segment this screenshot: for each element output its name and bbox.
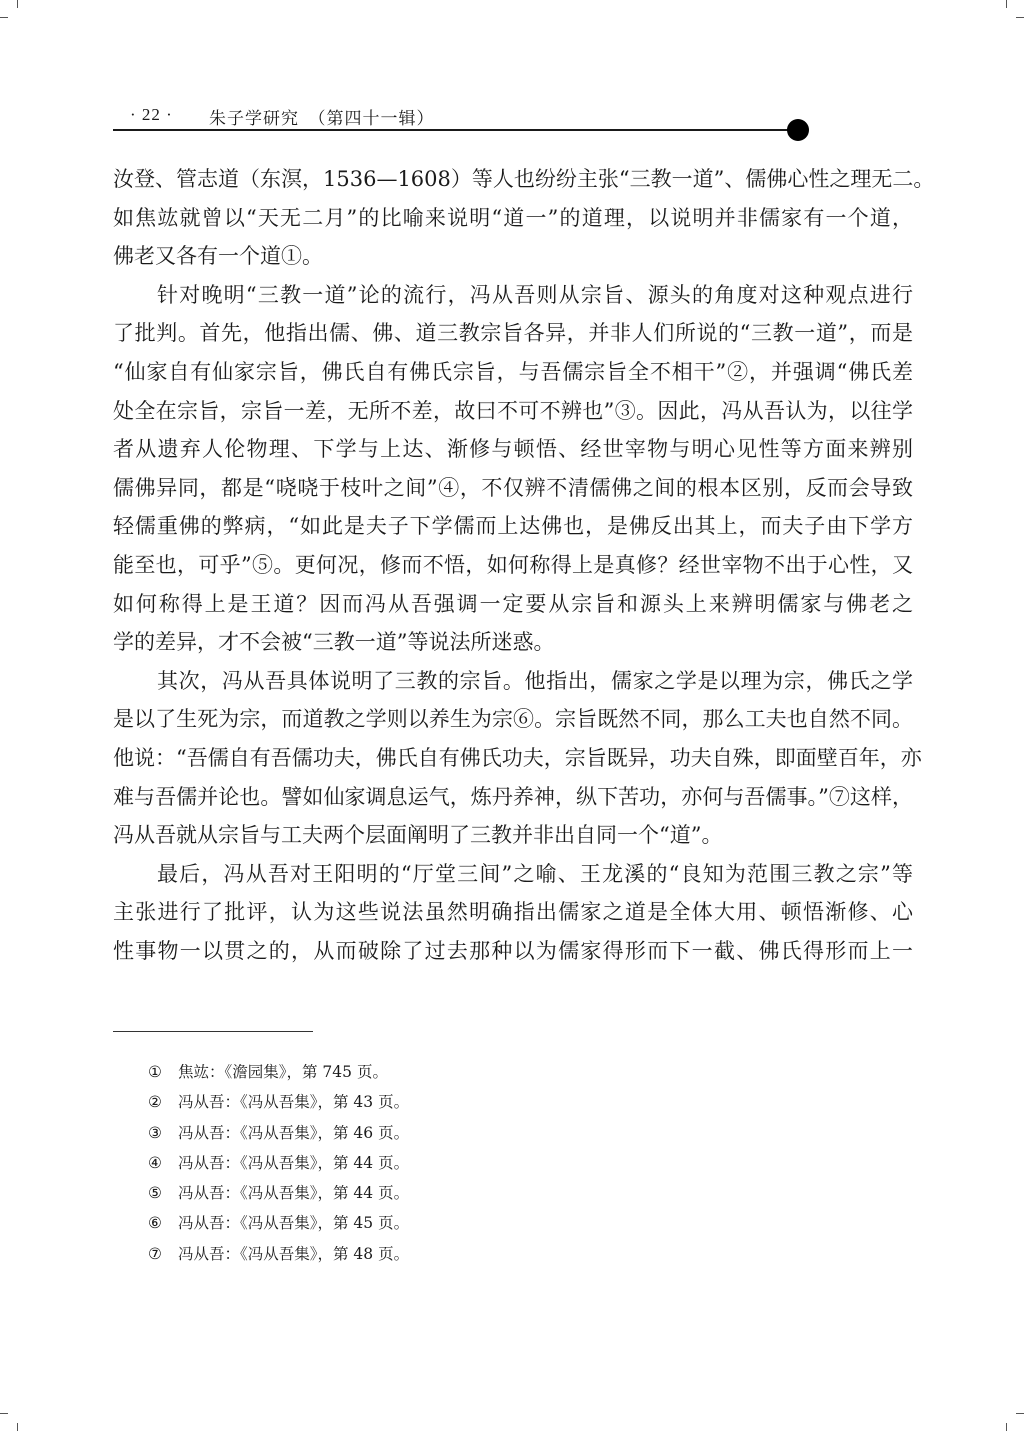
text-line: 学的差异，才不会被“三教一道”等说法所迷惑。	[113, 623, 913, 662]
text-line: 他说：“吾儒自有吾儒功夫，佛氏自有佛氏功夫，宗旨既异，功夫自殊，即面壁百年，亦	[113, 739, 913, 778]
text-line: 汝登、管志道（东溟，1536—1608）等人也纷纷主张“三教一道”、儒佛心性之理…	[113, 160, 913, 199]
crop-mark-bottom-left-v	[17, 1423, 18, 1431]
footnote-mark: ③	[148, 1118, 178, 1148]
header-dot-ornament	[787, 119, 809, 141]
text-line: 者从遗弃人伦物理、下学与上达、渐修与顿悟、经世宰物与明心见性等方面来辨别	[113, 430, 913, 469]
footnote-mark: ⑥	[148, 1208, 178, 1238]
text-line: 了批判。首先，他指出儒、佛、道三教宗旨各异，并非人们所说的“三教一道”，而是	[113, 314, 913, 353]
journal-title: 朱子学研究 （第四十一辑）	[209, 104, 435, 129]
footnote-text: 冯从吾：《冯从吾集》，第 45 页。	[178, 1214, 409, 1232]
crop-mark-top-left-h	[0, 17, 8, 18]
footnote-mark: ④	[148, 1148, 178, 1178]
crop-mark-bottom-right-h	[1016, 1413, 1024, 1414]
footnote-text: 冯从吾：《冯从吾集》，第 44 页。	[178, 1184, 409, 1202]
crop-mark-bottom-left-h	[0, 1413, 8, 1414]
footnote-text: 冯从吾：《冯从吾集》，第 43 页。	[178, 1093, 409, 1111]
text-line: 性事物一以贯之的，从而破除了过去那种以为儒家得形而下一截、佛氏得形而上一	[113, 932, 913, 971]
header-rule	[113, 129, 793, 131]
footnote-text: 冯从吾：《冯从吾集》，第 48 页。	[178, 1245, 409, 1263]
text-line: 是以了生死为宗，而道教之学则以养生为宗⑥。宗旨既然不同，那么工夫也自然不同。	[113, 700, 913, 739]
crop-mark-top-left-v	[17, 0, 18, 8]
page-number: · 22 ·	[130, 105, 173, 125]
footnote-separator	[113, 1031, 313, 1032]
text-line: 最后，冯从吾对王阳明的“厅堂三间”之喻、王龙溪的“良知为范围三教之宗”等	[113, 855, 913, 894]
footnote-mark: ⑤	[148, 1178, 178, 1208]
text-line: 主张进行了批评，认为这些说法虽然明确指出儒家之道是全体大用、顿悟渐修、心	[113, 893, 913, 932]
footnote-text: 冯从吾：《冯从吾集》，第 44 页。	[178, 1154, 409, 1172]
running-header: · 22 · 朱子学研究 （第四十一辑）	[113, 102, 813, 132]
footnote-text: 冯从吾：《冯从吾集》，第 46 页。	[178, 1124, 409, 1142]
text-line: 轻儒重佛的弊病，“如此是夫子下学儒而上达佛也，是佛反出其上，而夫子由下学方	[113, 507, 913, 546]
footnote: ①焦竑：《澹园集》，第 745 页。	[148, 1057, 409, 1087]
text-line: 能至也，可乎”⑤。更何况，修而不悟，如何称得上是真修？经世宰物不出于心性，又	[113, 546, 913, 585]
footnote-text: 焦竑：《澹园集》，第 745 页。	[178, 1063, 388, 1081]
crop-mark-top-right-v	[1006, 0, 1007, 8]
footnotes: ①焦竑：《澹园集》，第 745 页。②冯从吾：《冯从吾集》，第 43 页。③冯从…	[148, 1057, 409, 1269]
footnote: ⑥冯从吾：《冯从吾集》，第 45 页。	[148, 1208, 409, 1238]
text-line: 处全在宗旨，宗旨一差，无所不差，故曰不可不辨也”③。因此，冯从吾认为，以往学	[113, 392, 913, 431]
text-line: 佛老又各有一个道①。	[113, 237, 913, 276]
crop-mark-top-right-h	[1016, 17, 1024, 18]
footnote-mark: ②	[148, 1087, 178, 1117]
text-line: 如何称得上是王道？因而冯从吾强调一定要从宗旨和源头上来辨明儒家与佛老之	[113, 585, 913, 624]
text-line: 其次，冯从吾具体说明了三教的宗旨。他指出，儒家之学是以理为宗，佛氏之学	[113, 662, 913, 701]
body-text: 汝登、管志道（东溟，1536—1608）等人也纷纷主张“三教一道”、儒佛心性之理…	[113, 160, 913, 970]
footnote: ④冯从吾：《冯从吾集》，第 44 页。	[148, 1148, 409, 1178]
footnote: ③冯从吾：《冯从吾集》，第 46 页。	[148, 1118, 409, 1148]
footnote-mark: ⑦	[148, 1239, 178, 1269]
crop-mark-bottom-right-v	[1006, 1423, 1007, 1431]
footnote: ②冯从吾：《冯从吾集》，第 43 页。	[148, 1087, 409, 1117]
footnote: ⑤冯从吾：《冯从吾集》，第 44 页。	[148, 1178, 409, 1208]
text-line: 如焦竑就曾以“天无二月”的比喻来说明“道一”的道理，以说明并非儒家有一个道，	[113, 199, 913, 238]
footnote: ⑦冯从吾：《冯从吾集》，第 48 页。	[148, 1239, 409, 1269]
text-line: 针对晚明“三教一道”论的流行，冯从吾则从宗旨、源头的角度对这种观点进行	[113, 276, 913, 315]
text-line: 难与吾儒并论也。譬如仙家调息运气，炼丹养神，纵下苦功，亦何与吾儒事。”⑦这样，	[113, 778, 913, 817]
text-line: 儒佛异同，都是“哓哓于枝叶之间”④，不仅辨不清儒佛之间的根本区别，反而会导致	[113, 469, 913, 508]
text-line: “仙家自有仙家宗旨，佛氏自有佛氏宗旨，与吾儒宗旨全不相干”②，并强调“佛氏差	[113, 353, 913, 392]
text-line: 冯从吾就从宗旨与工夫两个层面阐明了三教并非出自同一个“道”。	[113, 816, 913, 855]
footnote-mark: ①	[148, 1057, 178, 1087]
